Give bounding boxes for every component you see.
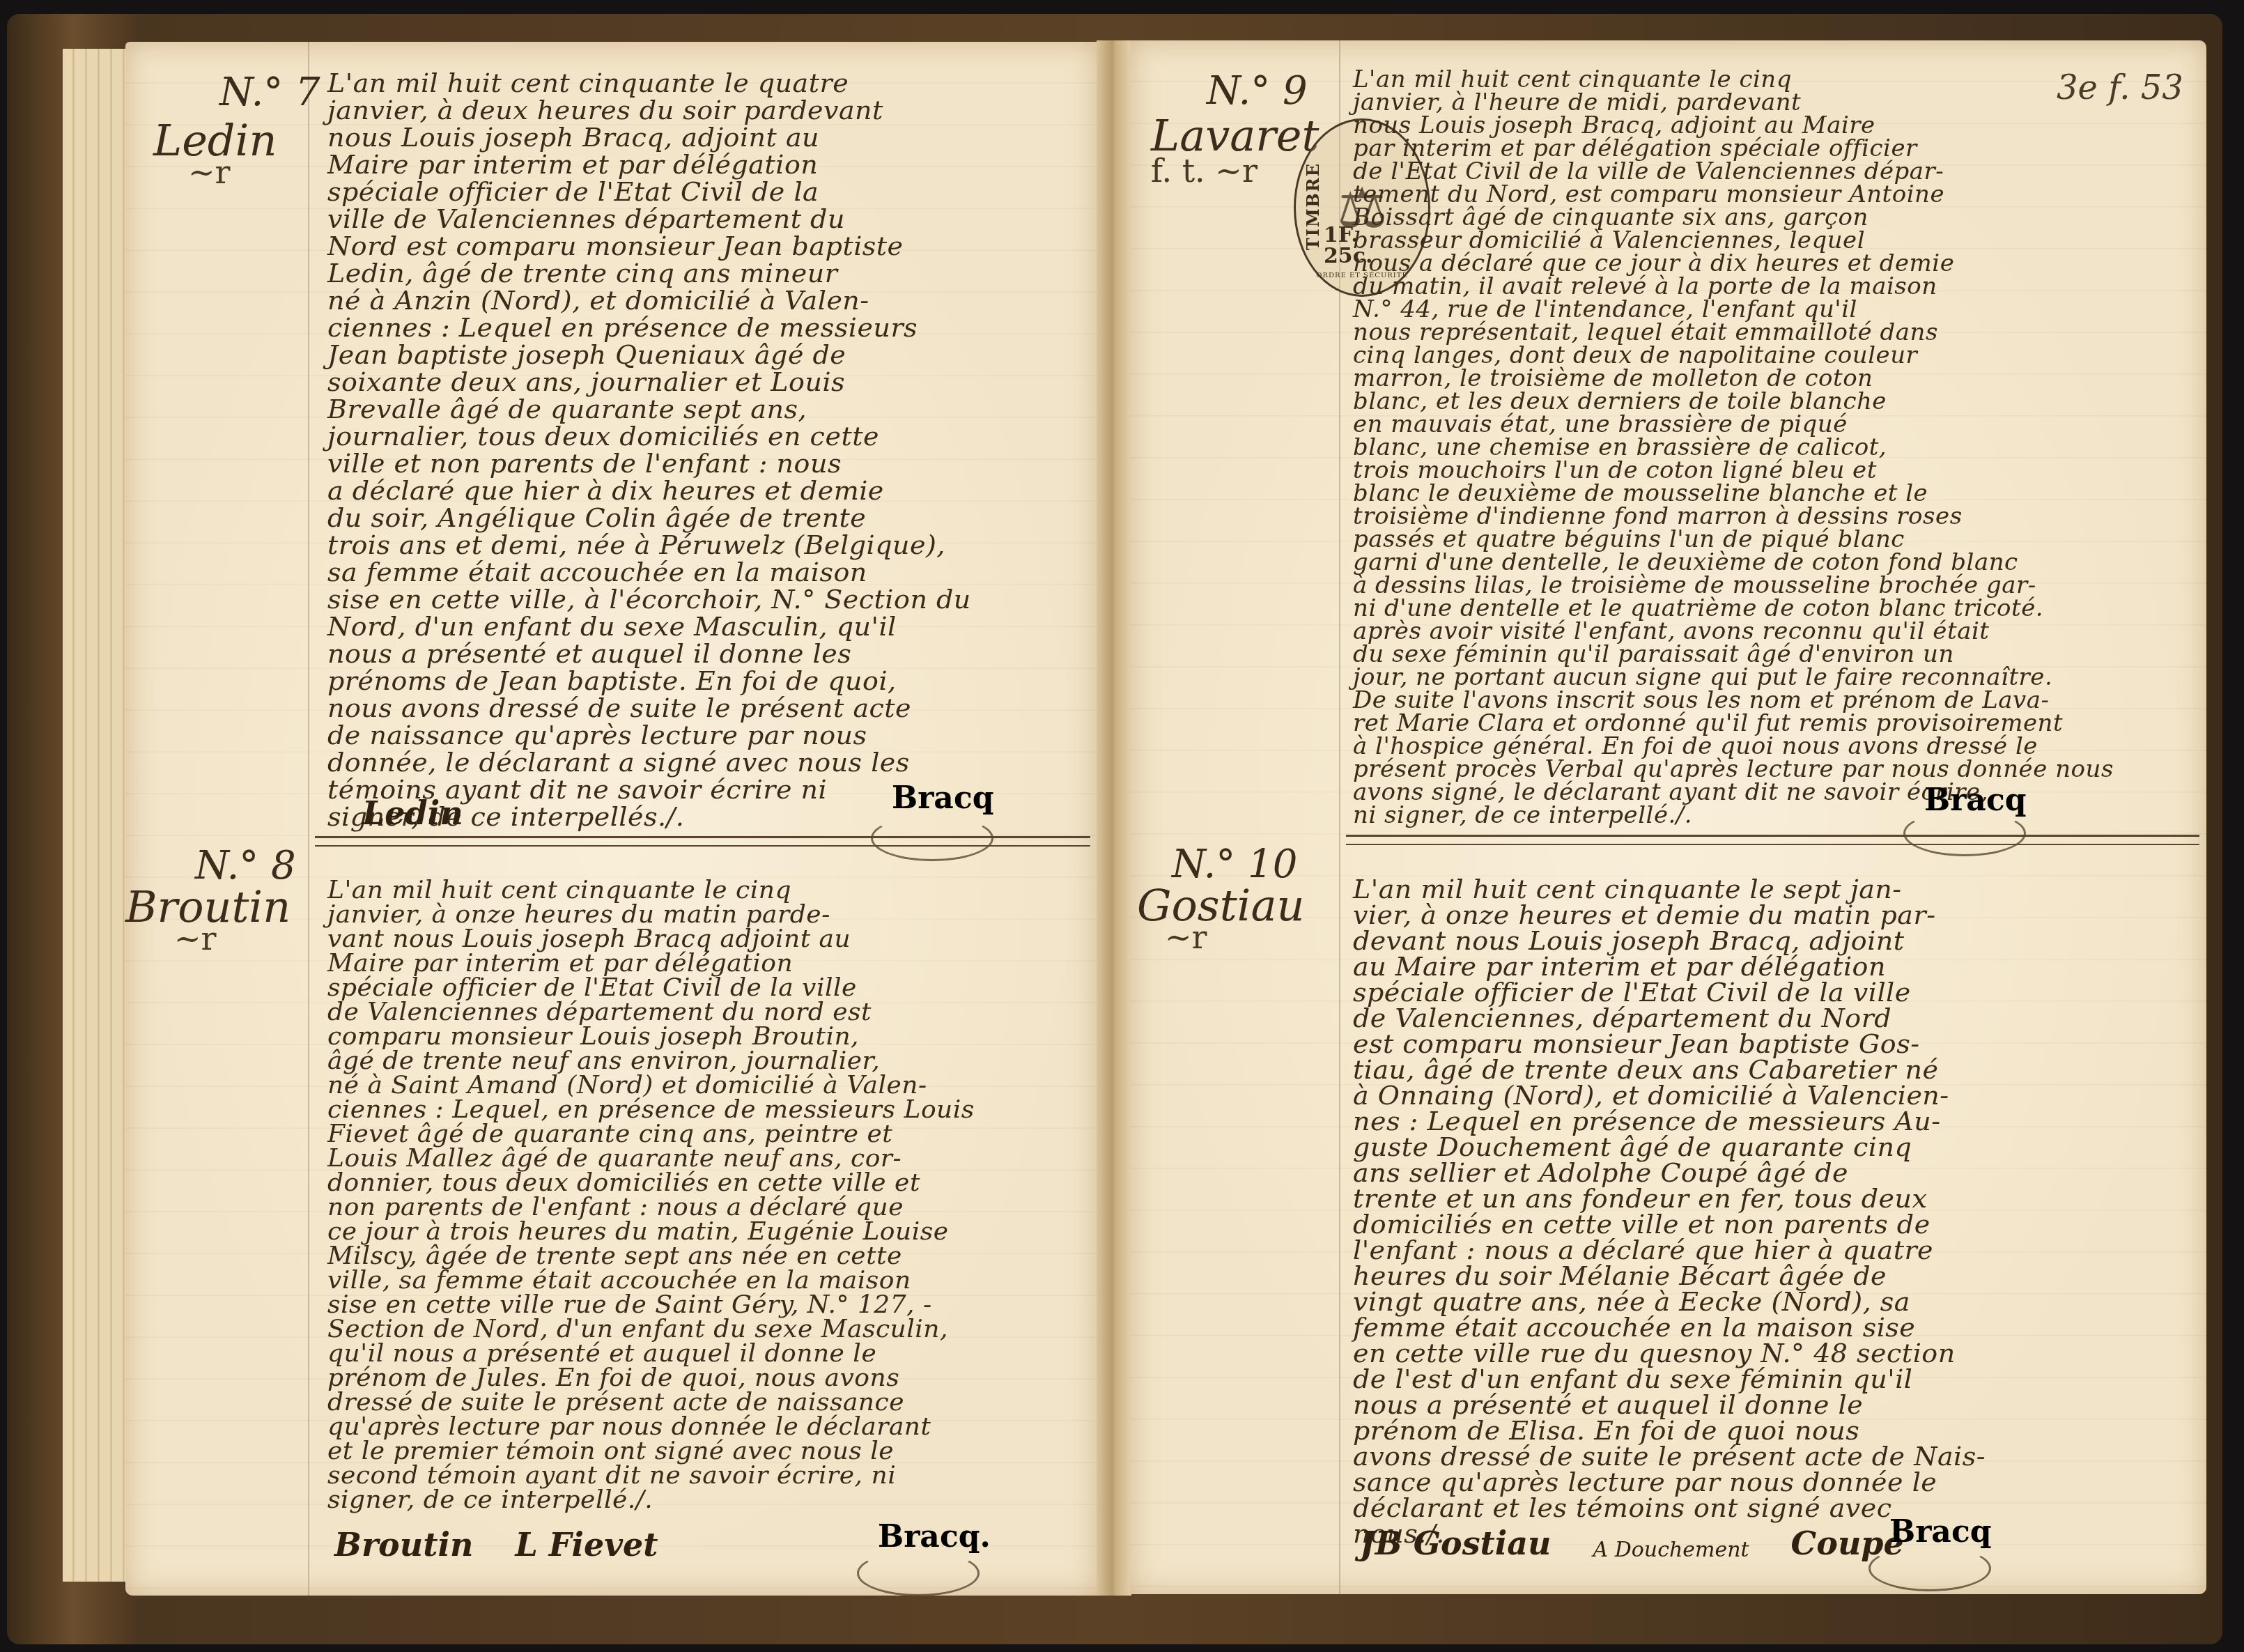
witness-signatures: JB Gostiau A Douchement Coupé: [1360, 1524, 1904, 1562]
birth-act-10: N.° 10 Gostiau ~r L'an mil huit cent cin…: [1130, 842, 2206, 1594]
birth-act-9: N.° 9 Lavaret f. t. ~r TIMBRE ⚖ 1F. 25c.…: [1130, 40, 2206, 866]
signature-flourish: [857, 1550, 980, 1596]
right-page: 3e f. 53 N.° 9 Lavaret f. t. ~r TIMBRE ⚖…: [1130, 40, 2206, 1594]
signature-flourish: [1868, 1545, 1991, 1591]
act-text: L'an mil huit cent cinquante le cinq jan…: [327, 878, 1080, 1512]
stamp-label: TIMBRE: [1303, 162, 1323, 250]
birth-act-7: N.° 7 Ledin ~r L'an mil huit cent cinqua…: [125, 42, 1097, 867]
officer-signature: Bracq: [1889, 1514, 1991, 1550]
birth-act-8: N.° 8 Broutin ~r L'an mil huit cent cinq…: [125, 843, 1097, 1596]
witness-signatures: Broutin L Fievet: [334, 1526, 658, 1564]
officer-signature: Bracq: [892, 780, 993, 816]
witness-signatures: Ledin: [362, 794, 463, 832]
act-text: L'an mil huit cent cinquante le quatre j…: [327, 70, 1080, 831]
marginal-mark: ~r: [188, 153, 231, 191]
marginal-mark: ~r: [1165, 918, 1207, 956]
act-number: N.° 9: [1207, 68, 1308, 114]
marginal-mark: f. t. ~r: [1151, 152, 1258, 190]
officer-signature: Bracq.: [878, 1519, 991, 1554]
signature: Broutin: [334, 1526, 473, 1564]
signature: Ledin: [362, 794, 463, 832]
signature: A Douchement: [1593, 1538, 1749, 1562]
signature: JB Gostiau: [1360, 1524, 1552, 1562]
marginal-mark: ~r: [174, 920, 217, 957]
act-number: N.° 7: [219, 70, 320, 115]
left-page: N.° 7 Ledin ~r L'an mil huit cent cinqua…: [125, 42, 1097, 1596]
book-gutter: [1097, 40, 1131, 1596]
act-text: L'an mil huit cent cinquante le sept jan…: [1353, 877, 2189, 1547]
page-edges-left: [63, 49, 129, 1582]
signature: L Fievet: [515, 1526, 658, 1564]
act-text: L'an mil huit cent cinquante le cinq jan…: [1353, 68, 2189, 827]
act-surname: Gostiau: [1137, 880, 1304, 931]
